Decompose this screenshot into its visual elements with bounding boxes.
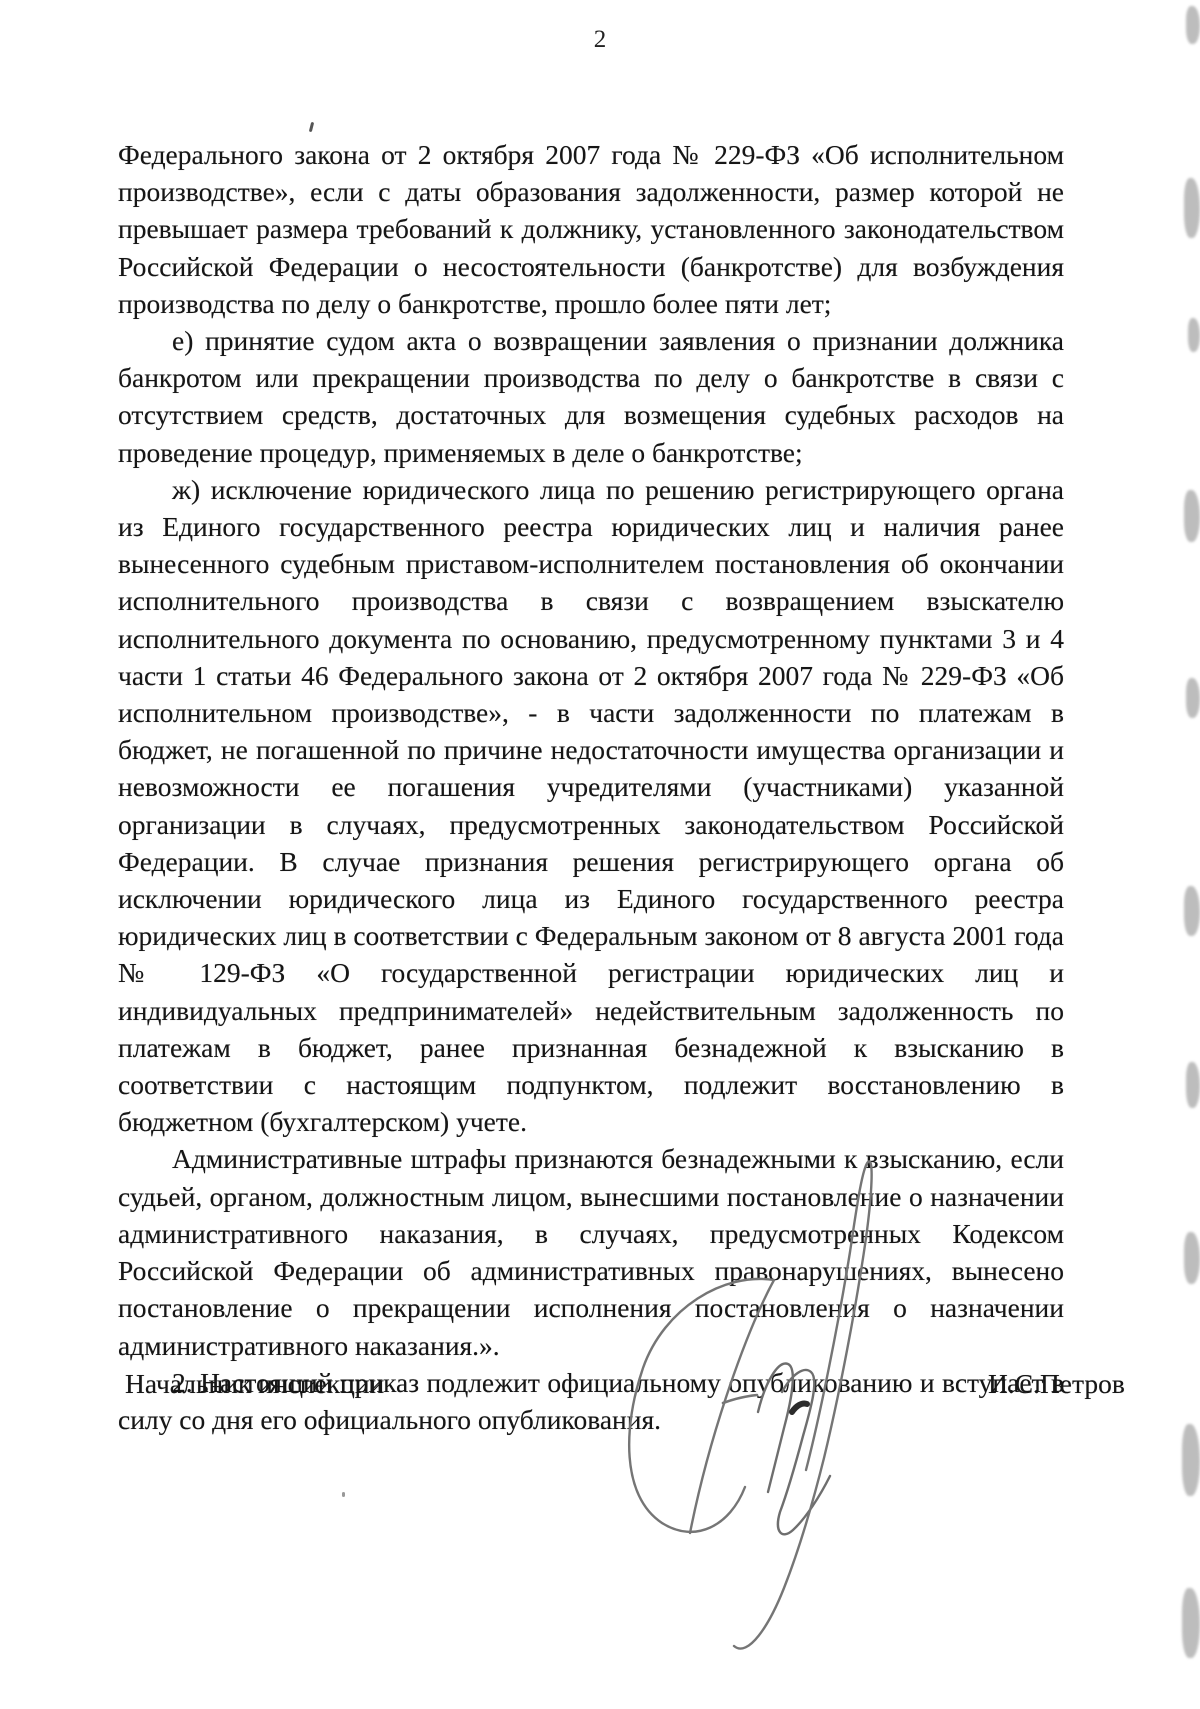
paragraph-item-e: е) принятие судом акта о возвращении зая… (118, 322, 1064, 471)
scan-artifact (1184, 490, 1200, 542)
page-number: 2 (0, 26, 1200, 54)
handwritten-signature-icon (596, 1140, 916, 1700)
paragraph-continuation: Федерального закона от 2 октября 2007 го… (118, 136, 1064, 322)
scan-artifact (1186, 1062, 1200, 1108)
scan-artifact (1186, 678, 1200, 718)
scan-artifact (1182, 1588, 1200, 1658)
signatory-position-label: Начальник инспекции (125, 1368, 384, 1400)
scan-artifact (1184, 178, 1200, 238)
scan-artifact (1188, 318, 1200, 352)
document-body: Федерального закона от 2 октября 2007 го… (118, 136, 1064, 1438)
ink-speck (342, 1492, 345, 1497)
signatory-name: И.С.Петров (988, 1368, 1125, 1400)
scan-artifact (1182, 1424, 1200, 1496)
scan-artifact (1184, 886, 1200, 936)
paragraph-admin-fines: Административные штрафы признаются безна… (118, 1140, 1064, 1363)
scan-artifact (1186, 6, 1200, 44)
scan-artifact (1184, 1232, 1200, 1284)
ink-speck (309, 122, 314, 132)
paragraph-item-zh: ж) исключение юридического лица по решен… (118, 471, 1064, 1141)
document-page: 2 Федерального закона от 2 октября 2007 … (0, 0, 1200, 1709)
